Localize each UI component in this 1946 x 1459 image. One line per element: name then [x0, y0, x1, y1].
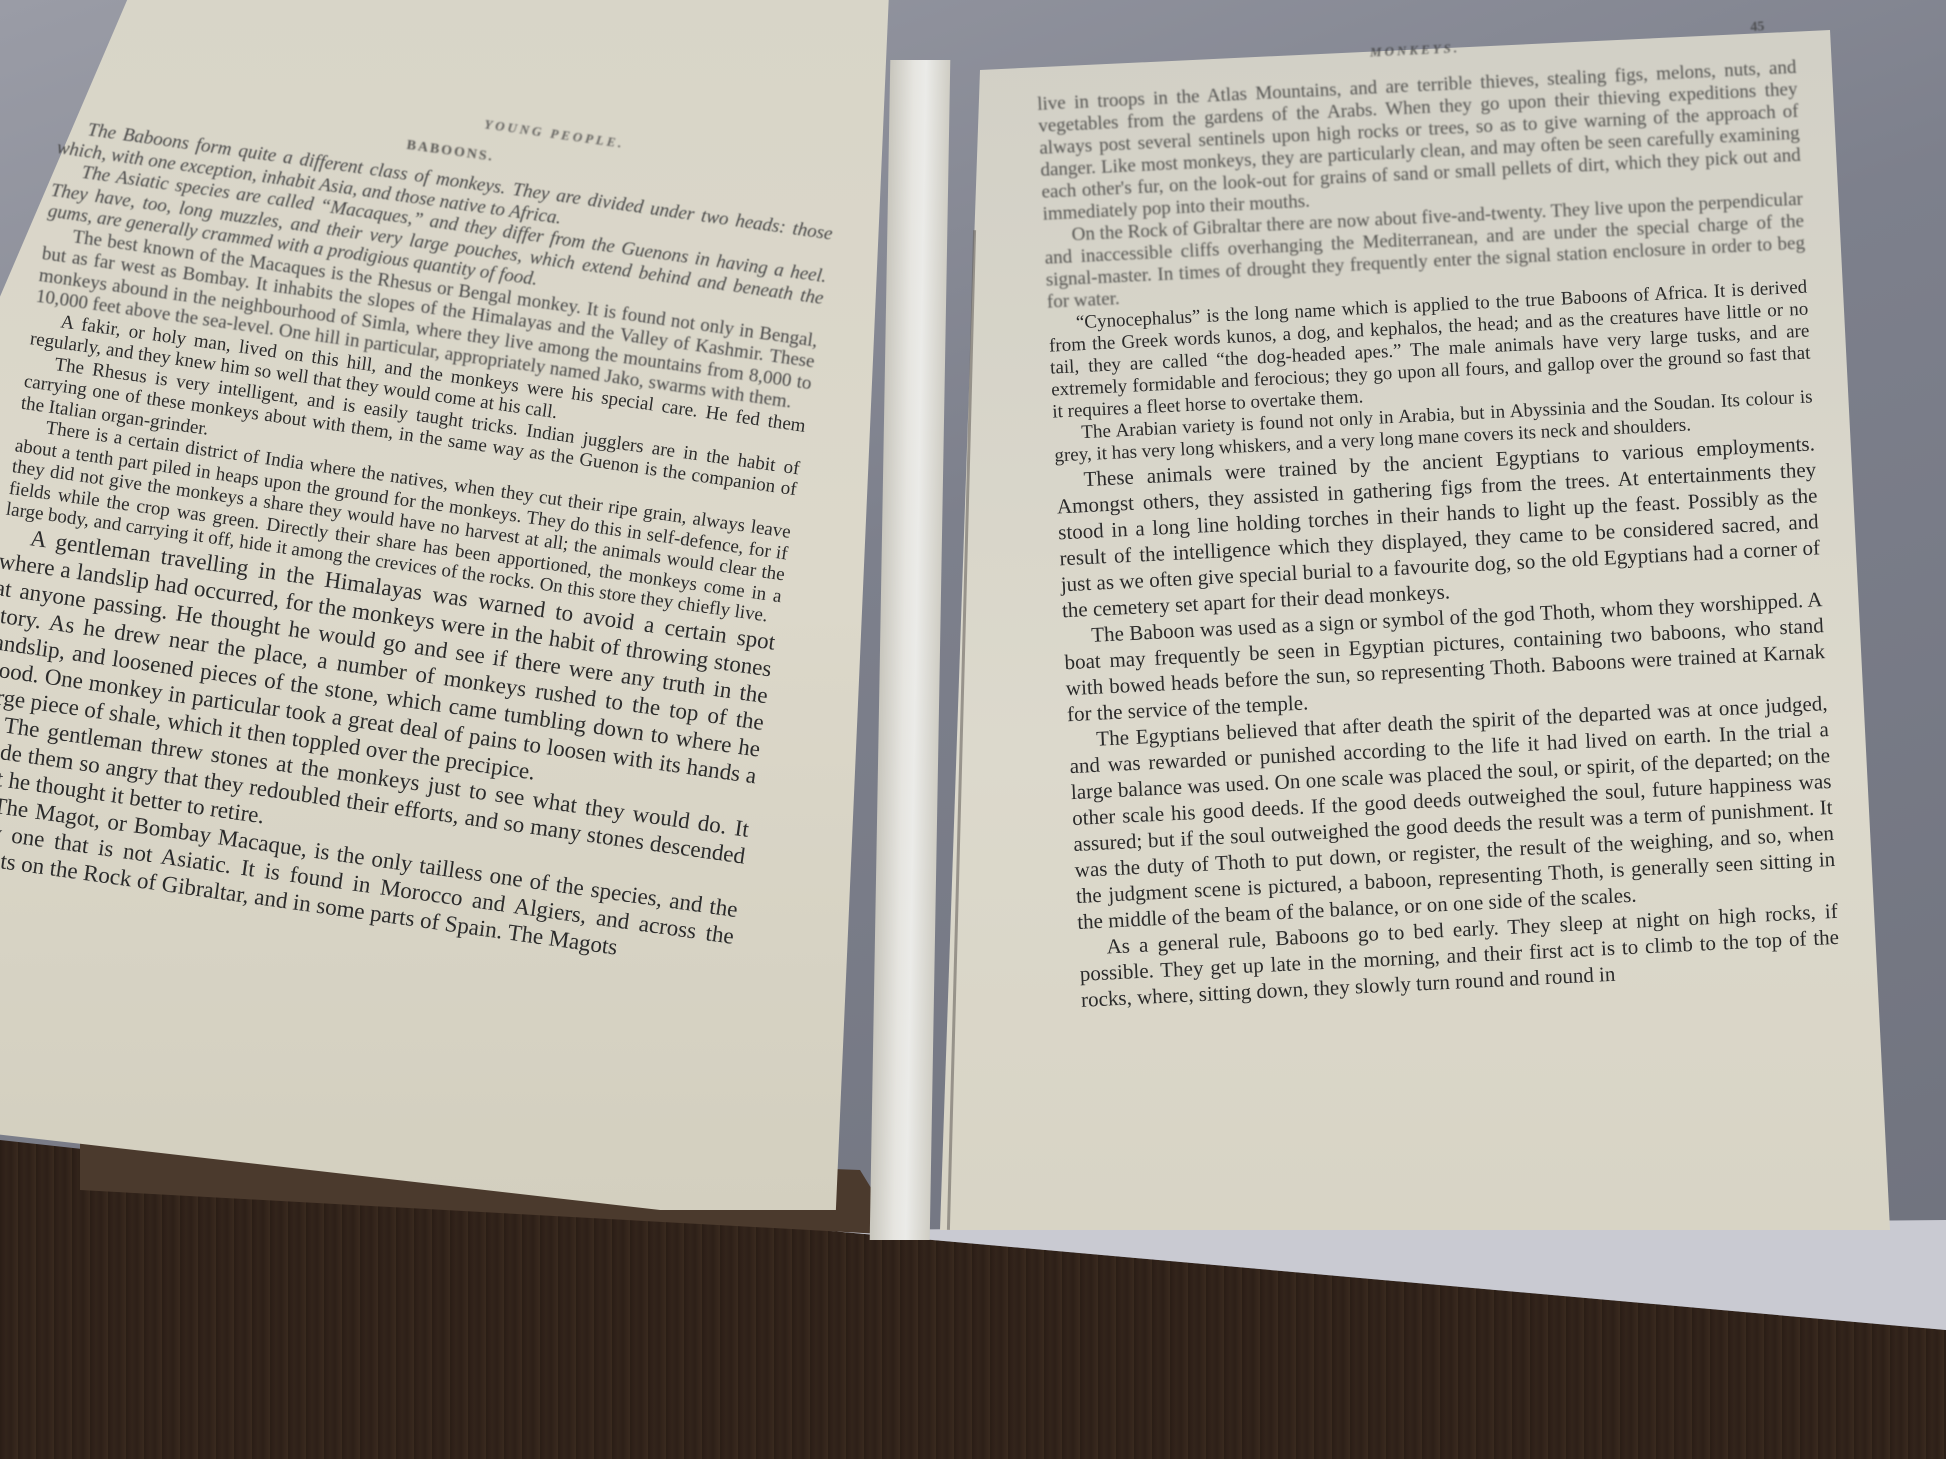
paragraph: The Egyptians believed that after death …	[1068, 690, 1837, 935]
right-page-text: MONKEYS. 45 live in troops in the Atlas …	[1035, 21, 1841, 1013]
page-number: 45	[1750, 16, 1765, 39]
right-blurry-section: live in troops in the Atlas Mountains, a…	[1037, 57, 1807, 314]
left-page-text: YOUNG PEOPLE. BABOONS. The Baboons form …	[0, 55, 842, 976]
